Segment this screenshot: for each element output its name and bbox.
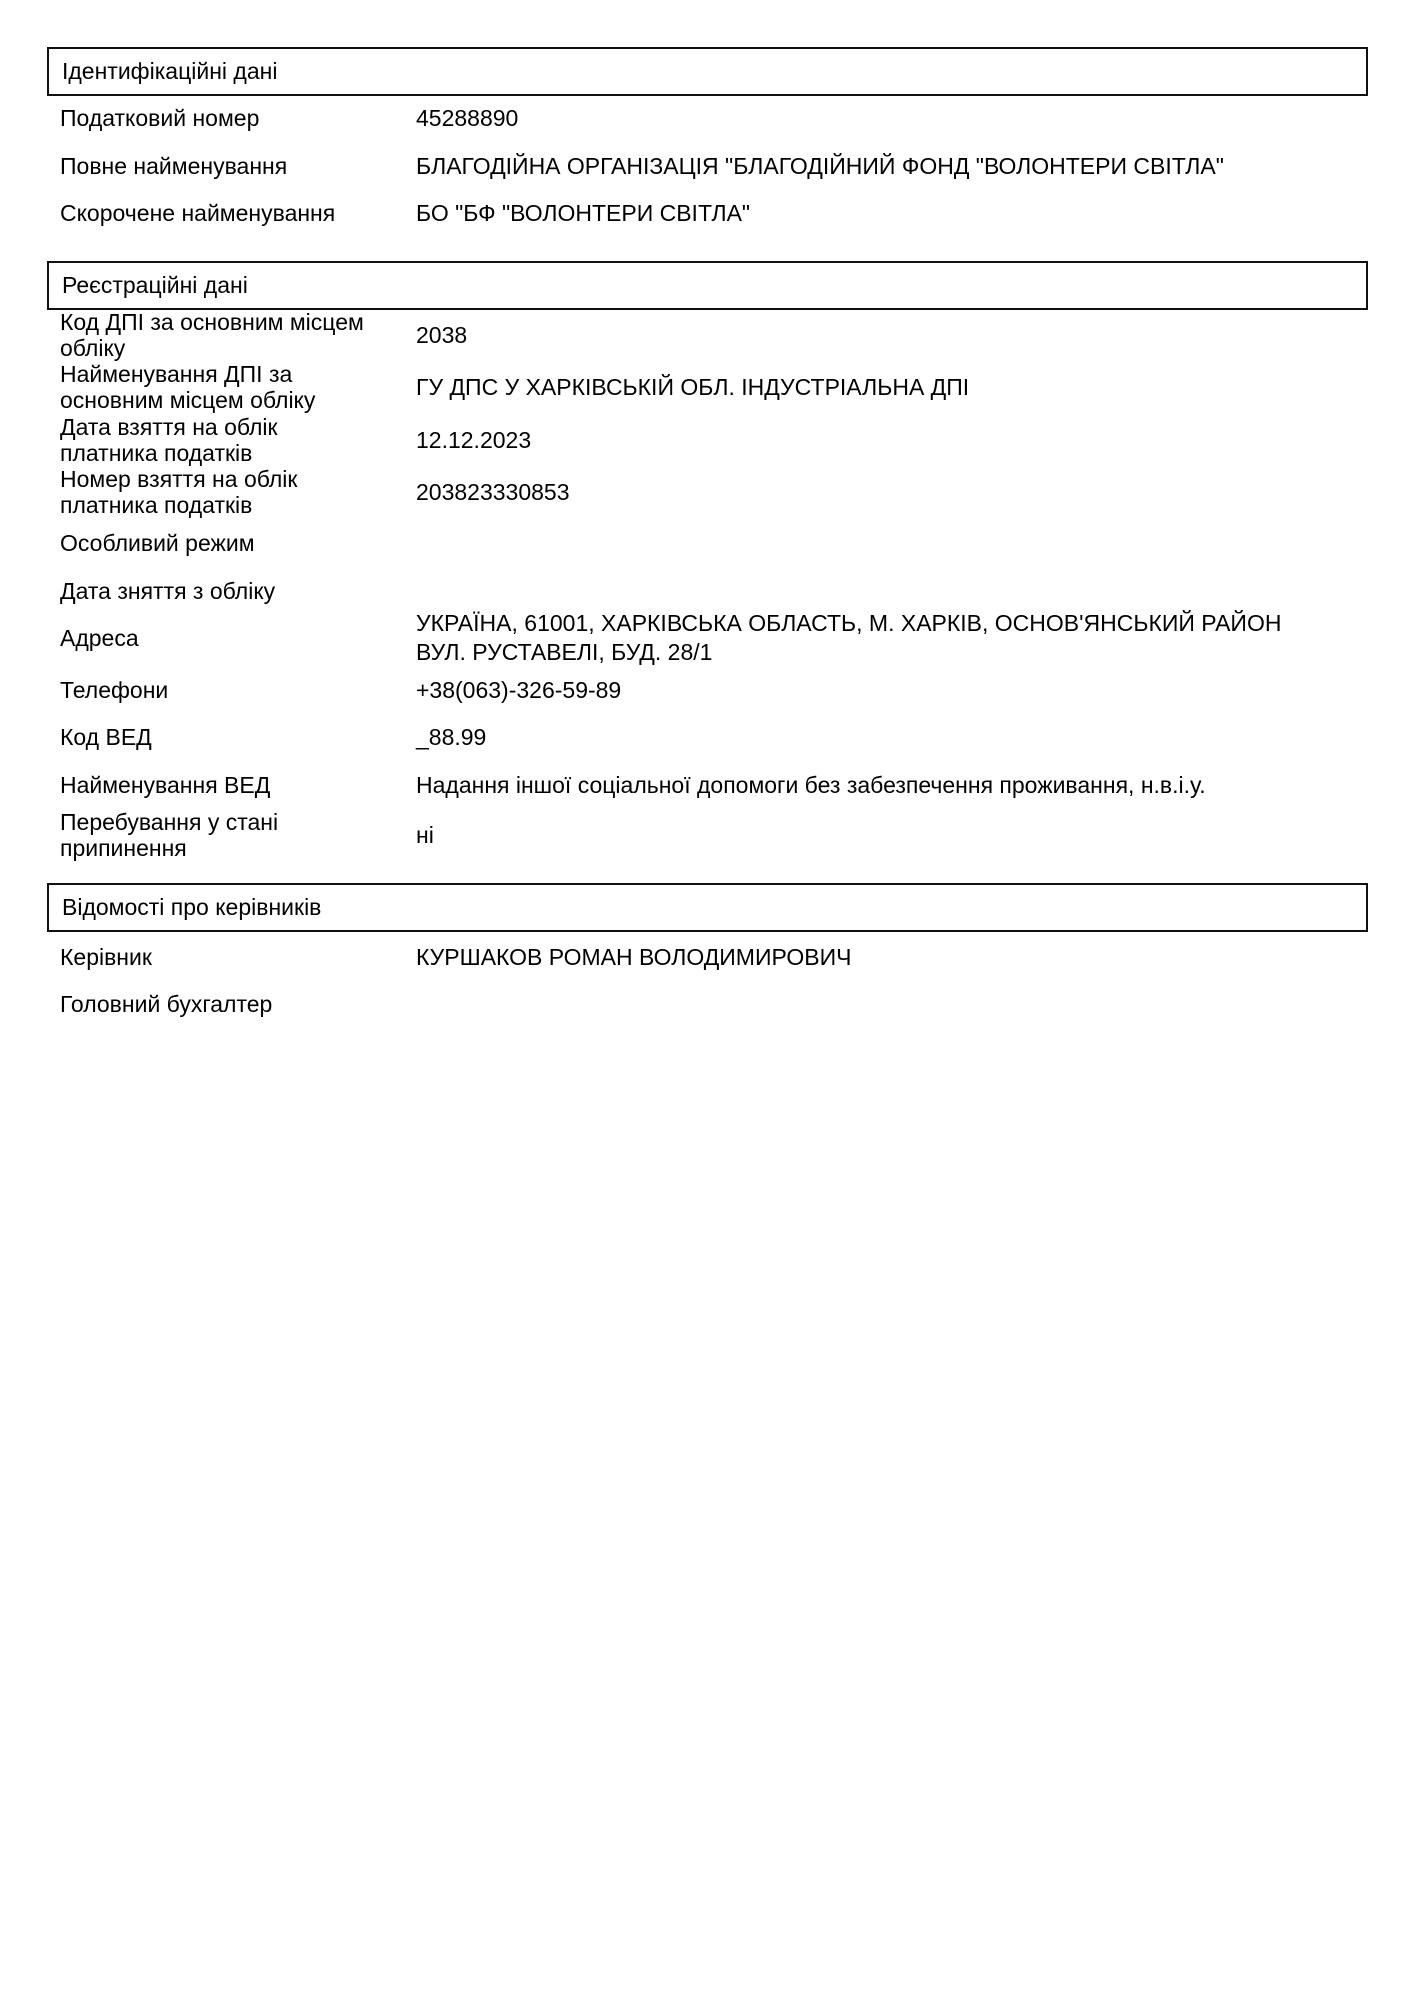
field-label-line: платника податків	[60, 492, 390, 518]
section-header-identification: Ідентифікаційні дані	[47, 47, 1368, 96]
field-label: Дата зняття з обліку	[60, 578, 390, 604]
field-value: БО "БФ "ВОЛОНТЕРИ СВІТЛА"	[416, 198, 1356, 228]
field-label: Адреса	[60, 625, 390, 651]
field-label: Код ВЕД	[60, 724, 390, 750]
section-header-management: Відомості про керівників	[47, 883, 1368, 932]
field-label-line: обліку	[60, 335, 390, 361]
field-value: Надання іншої соціальної допомоги без за…	[416, 770, 1356, 800]
field-label: Перебування у стані припинення	[60, 809, 390, 861]
field-label: Скорочене найменування	[60, 200, 390, 226]
field-label: Дата взяття на облік платника податків	[60, 414, 390, 466]
field-label: Код ДПІ за основним місцем обліку	[60, 309, 390, 361]
field-value: КУРШАКОВ РОМАН ВОЛОДИМИРОВИЧ	[416, 942, 1356, 972]
section-title: Ідентифікаційні дані	[49, 58, 277, 85]
section-title: Реєстраційні дані	[49, 272, 248, 299]
field-value: 203823330853	[416, 477, 1356, 507]
field-value: 45288890	[416, 103, 1356, 133]
field-label-line: Найменування ДПІ за	[60, 361, 390, 387]
address-line: УКРАЇНА, 61001, ХАРКІВСЬКА ОБЛАСТЬ, М. Х…	[416, 609, 1356, 638]
field-label: Номер взяття на облік платника податків	[60, 466, 390, 518]
section-title: Відомості про керівників	[49, 894, 321, 921]
field-value: +38(063)-326-59-89	[416, 675, 1356, 705]
field-value: _88.99	[416, 722, 1356, 752]
field-label-line: основним місцем обліку	[60, 387, 390, 413]
field-label: Телефони	[60, 677, 390, 703]
field-label: Особливий режим	[60, 530, 390, 556]
field-label: Податковий номер	[60, 105, 390, 131]
field-label-line: Дата взяття на облік	[60, 414, 390, 440]
address-line: ВУЛ. РУСТАВЕЛІ, БУД. 28/1	[416, 638, 1356, 667]
field-value: ні	[416, 820, 1356, 850]
field-label-line: Номер взяття на облік	[60, 466, 390, 492]
section-header-registration: Реєстраційні дані	[47, 261, 1368, 310]
field-label: Найменування ВЕД	[60, 772, 390, 798]
field-label: Керівник	[60, 944, 390, 970]
field-label-line: припинення	[60, 835, 390, 861]
field-label-line: Код ДПІ за основним місцем	[60, 309, 390, 335]
field-label-line: платника податків	[60, 440, 390, 466]
field-value: УКРАЇНА, 61001, ХАРКІВСЬКА ОБЛАСТЬ, М. Х…	[416, 609, 1356, 667]
field-label: Найменування ДПІ за основним місцем облі…	[60, 361, 390, 413]
field-value: 12.12.2023	[416, 425, 1356, 455]
field-value: 2038	[416, 320, 1356, 350]
field-label: Головний бухгалтер	[60, 991, 390, 1017]
field-value: БЛАГОДІЙНА ОРГАНІЗАЦІЯ "БЛАГОДІЙНИЙ ФОНД…	[416, 151, 1356, 181]
field-value: ГУ ДПС У ХАРКІВСЬКІЙ ОБЛ. ІНДУСТРІАЛЬНА …	[416, 372, 1356, 402]
field-label-line: Перебування у стані	[60, 809, 390, 835]
field-label: Повне найменування	[60, 153, 390, 179]
